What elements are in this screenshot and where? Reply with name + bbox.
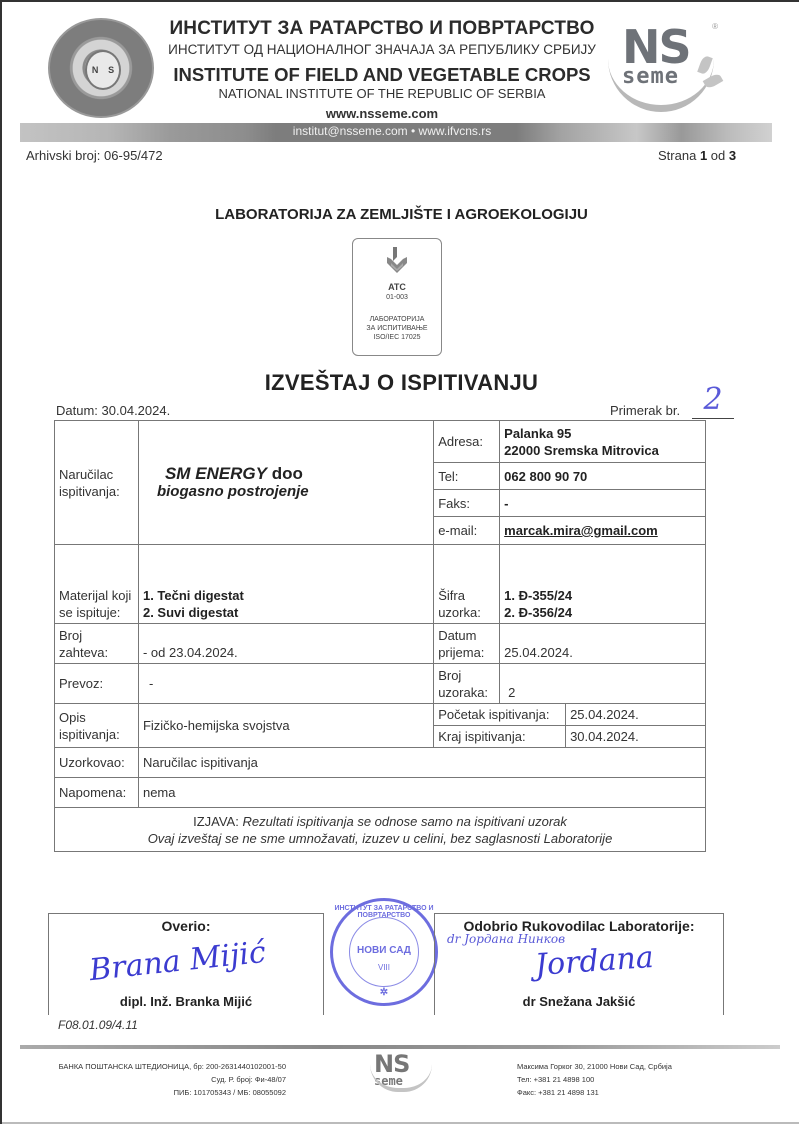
page-of: od: [711, 148, 725, 163]
client-subtitle: biogasno postrojenje: [157, 483, 429, 500]
institute-name-english: INSTITUTE OF FIELD AND VEGETABLE CROPS: [162, 64, 602, 86]
footer-court: Суд. Р. број: Фи-48/07: [26, 1073, 286, 1086]
end-value: 30.04.2024.: [566, 726, 706, 748]
footer-tel: Тел: +381 21 4898 100: [517, 1073, 672, 1086]
sample-code-label: Šifra uzorka:: [434, 545, 500, 624]
client-name-italic: SM ENERGY: [165, 464, 267, 483]
verified-label: Overio:: [49, 918, 323, 934]
table-row: Uzorkovao: Naručilac ispitivanja: [55, 748, 706, 778]
client-cell: SM ENERGY doo biogasno postrojenje: [138, 421, 433, 545]
approved-signature: Jordana: [534, 940, 655, 983]
material-item: 1. Tečni digestat: [143, 587, 429, 604]
request-label: Broj zahteva:: [55, 624, 139, 664]
stamp-star-icon: ✲: [333, 987, 435, 998]
table-row: IZJAVA: Rezultati ispitivanja se odnose …: [55, 808, 706, 852]
note-value: nema: [138, 778, 705, 808]
sample-codes-cell: 1. Đ-355/24 2. Đ-356/24: [500, 545, 706, 624]
address-line-2: 22000 Sremska Mitrovica: [504, 442, 701, 459]
statement-text-2: Ovaj izveštaj se ne sme umnožavati, izuz…: [148, 831, 613, 846]
copy-number-handwritten: 2: [692, 385, 734, 419]
statement-text-1: Rezultati ispitivanja se odnose samo na …: [242, 814, 566, 829]
atc-lab-text: ЛАБОРАТОРИЈА ЗА ИСПИТИВАЊЕ ISO/IEC 17025: [353, 315, 441, 342]
official-stamp: ИНСТИТУТ ЗА РАТАРСТВО И ПОВРТАРСТВО НОВИ…: [330, 898, 438, 1006]
document-page: N S ИНСТИТУТ ЗА РАТАРСТВО И ПОВРТАРСТВО …: [0, 0, 799, 1124]
address-label: Adresa:: [434, 421, 500, 463]
transport-label: Prevoz:: [55, 664, 139, 704]
institute-subtitle-cyrillic: ИНСТИТУТ ОД НАЦИОНАЛНОГ ЗНАЧАЈА ЗА РЕПУБ…: [162, 42, 602, 57]
form-code: F08.01.09/4.11: [58, 1018, 138, 1032]
sampled-by-value: Naručilac ispitivanja: [138, 748, 705, 778]
request-value: - od 23.04.2024.: [138, 624, 433, 664]
archive-label: Arhivski broj:: [26, 148, 100, 163]
verified-signature: Brana Mijić: [88, 935, 268, 988]
table-row: Napomena: nema: [55, 778, 706, 808]
test-description-value: Fizičko-hemijska svojstva: [138, 704, 433, 748]
stamp-number: VIII: [333, 963, 435, 972]
sample-count-value: 2: [500, 664, 706, 704]
date-label: Datum:: [56, 403, 98, 418]
approved-signature-box: Odobrio Rukovodilac Laboratorije: dr Јор…: [434, 913, 724, 1015]
atc-line-1: ЛАБОРАТОРИЈА: [353, 315, 441, 324]
email-label: e-mail:: [434, 517, 500, 545]
footer-bank: БАНКА ПОШТАНСКА ШТЕДИОНИЦА, бр: 200-2631…: [26, 1060, 286, 1073]
tel-label: Tel:: [434, 463, 500, 490]
page-indicator: Strana 1 od 3: [658, 148, 736, 163]
page-label: Strana: [658, 148, 696, 163]
verified-signature-box: Overio: Brana Mijić dipl. Inž. Branka Mi…: [48, 913, 324, 1015]
ns-seme-logo: NS seme ®: [608, 20, 718, 120]
footer-bank-info: БАНКА ПОШТАНСКА ШТЕДИОНИЦА, бр: 200-2631…: [26, 1060, 286, 1099]
received-value: 25.04.2024.: [500, 624, 706, 664]
contact-band-text: institut@nsseme.com • www.ifvcns.rs: [272, 124, 512, 138]
sampled-by-label: Uzorkovao:: [55, 748, 139, 778]
end-label: Kraj ispitivanja:: [434, 726, 566, 748]
transport-value: -: [138, 664, 433, 704]
seal-letter-n: N: [92, 65, 99, 75]
footer-contact-info: Максима Горког 30, 21000 Нови Сад, Србиј…: [517, 1060, 672, 1099]
footer-fax: Факс: +381 21 4898 131: [517, 1086, 672, 1099]
start-label: Početak ispitivanja:: [434, 704, 566, 726]
fax-label: Faks:: [434, 490, 500, 517]
institute-name-cyrillic: ИНСТИТУТ ЗА РАТАРСТВО И ПОВРТАРСТВО: [162, 18, 602, 40]
client-label: Naručilac ispitivanja:: [55, 421, 139, 545]
seal-center: N S: [85, 50, 121, 90]
sample-code: 2. Đ-356/24: [504, 604, 701, 621]
date-value: 30.04.2024.: [102, 403, 171, 418]
copy-label: Primerak br.: [610, 403, 680, 418]
verified-name: dipl. Inž. Branka Mijić: [49, 994, 323, 1009]
institute-subtitle-english: NATIONAL INSTITUTE OF THE REPUBLIC OF SE…: [162, 86, 602, 101]
table-row: Naručilac ispitivanja: SM ENERGY doo bio…: [55, 421, 706, 463]
website-link[interactable]: www.nsseme.com: [162, 106, 602, 121]
atc-line-3: ISO/IEC 17025: [353, 333, 441, 342]
report-date: Datum: 30.04.2024.: [56, 403, 170, 418]
logo-seme: seme: [622, 64, 679, 89]
approved-name: dr Snežana Jakšić: [435, 994, 723, 1009]
statement-line-2: Ovaj izveštaj se ne sme umnožavati, izuz…: [59, 830, 701, 847]
sample-count-label: Broj uzoraka:: [434, 664, 500, 704]
test-description-label: Opis ispitivanja:: [55, 704, 139, 748]
email-cell: marcak.mira@gmail.com: [500, 517, 706, 545]
material-label: Materijal koji se ispituje:: [55, 545, 139, 624]
footer-tax: ПИБ: 101705343 / МБ: 08055092: [26, 1086, 286, 1099]
table-row: Broj zahteva: - od 23.04.2024. Datum pri…: [55, 624, 706, 664]
stamp-city: НОВИ САД: [333, 945, 435, 956]
atc-code: 01-003: [353, 294, 441, 301]
atc-mark-icon: [385, 247, 409, 275]
archive-number: Arhivski broj: 06-95/472: [26, 148, 163, 163]
atc-name: ATC: [353, 282, 441, 292]
statement-cell: IZJAVA: Rezultati ispitivanja se odnose …: [55, 808, 706, 852]
statement-label: IZJAVA:: [193, 814, 239, 829]
report-title: IZVEŠTAJ O ISPITIVANJU: [2, 370, 799, 396]
archive-value: 06-95/472: [104, 148, 163, 163]
table-row: Prevoz: - Broj uzoraka: 2: [55, 664, 706, 704]
materials-cell: 1. Tečni digestat 2. Suvi digestat: [138, 545, 433, 624]
laboratory-title: LABORATORIJA ZA ZEMLJIŠTE I AGROEKOLOGIJ…: [2, 206, 799, 223]
table-row: Materijal koji se ispituje: 1. Tečni dig…: [55, 545, 706, 624]
material-item: 2. Suvi digestat: [143, 604, 429, 621]
email-link[interactable]: marcak.mira@gmail.com: [504, 523, 658, 538]
statement-line-1: IZJAVA: Rezultati ispitivanja se odnose …: [59, 813, 701, 830]
fax-value: -: [500, 490, 706, 517]
footer-ns-seme-logo: NS seme: [370, 1050, 440, 1094]
note-label: Napomena:: [55, 778, 139, 808]
footer-band: [20, 1045, 780, 1049]
tel-value: 062 800 90 70: [500, 463, 706, 490]
report-info-table: Naručilac ispitivanja: SM ENERGY doo bio…: [54, 420, 706, 852]
page-total: 3: [729, 148, 736, 163]
registered-mark: ®: [712, 22, 718, 31]
footer-address: Максима Горког 30, 21000 Нови Сад, Србиј…: [517, 1060, 672, 1073]
atc-line-2: ЗА ИСПИТИВАЊЕ: [353, 324, 441, 333]
table-row: Opis ispitivanja: Fizičko-hemijska svojs…: [55, 704, 706, 726]
client-name-suffix: doo: [272, 464, 303, 483]
seal-letter-s: S: [108, 65, 114, 75]
client-name: SM ENERGY doo: [157, 465, 429, 483]
sample-code: 1. Đ-355/24: [504, 587, 701, 604]
institute-seal-logo: N S: [48, 18, 154, 118]
address-line-1: Palanka 95: [504, 425, 701, 442]
address-value: Palanka 95 22000 Sremska Mitrovica: [500, 421, 706, 463]
received-label: Datum prijema:: [434, 624, 500, 664]
start-value: 25.04.2024.: [566, 704, 706, 726]
accreditation-badge: ATC 01-003 ЛАБОРАТОРИЈА ЗА ИСПИТИВАЊЕ IS…: [352, 238, 442, 356]
page-current: 1: [700, 148, 707, 163]
approved-note-handwritten: dr Јордана Нинков: [447, 932, 565, 946]
